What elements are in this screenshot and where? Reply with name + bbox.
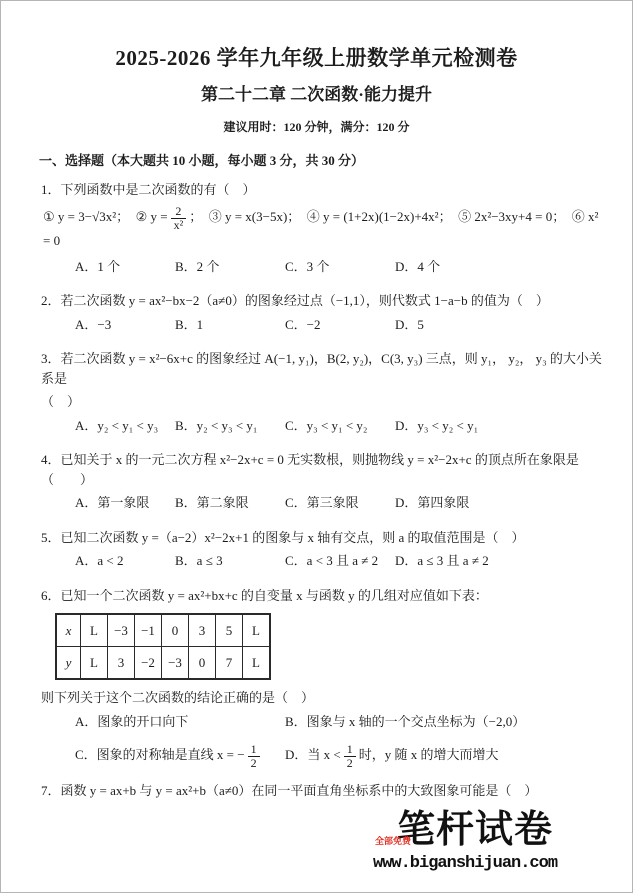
question-2: 2．若二次函数 y = ax²−bx−2（a≠0）的图象经过点（−1,1），则代… bbox=[41, 291, 606, 334]
table-row-x: x L −3 −1 0 3 5 L bbox=[56, 614, 270, 647]
question-1-option-b: B．2 个 bbox=[175, 257, 285, 277]
table-cell: L bbox=[243, 647, 271, 680]
chapter-subtitle: 第二十二章 二次函数·能力提升 bbox=[1, 83, 632, 106]
page-title: 2025-2026 学年九年级上册数学单元检测卷 bbox=[1, 45, 632, 71]
question-1-option-a: A．1 个 bbox=[75, 257, 175, 277]
question-5-options: A．a < 2 B．a ≤ 3 C．a < 3 且 a ≠ 2 D．a ≤ 3 … bbox=[41, 551, 606, 571]
fraction-denominator: 2 bbox=[248, 757, 260, 770]
formula-text: ① y = 3−√3x²； ② y = bbox=[43, 209, 168, 224]
question-1-stem: 1．下列函数中是二次函数的有（ ） bbox=[41, 180, 606, 200]
brand-logo-text: 笔杆试卷 bbox=[397, 810, 589, 850]
option-text: C．图象的对称轴是直线 x = − bbox=[75, 747, 245, 762]
fraction-denominator: 2 bbox=[344, 757, 356, 770]
exam-meta-info: 建议用时：120 分钟，满分：120 分 bbox=[1, 119, 632, 136]
question-6: 6．已知一个二次函数 y = ax²+bx+c 的自变量 x 与函数 y 的几组… bbox=[41, 586, 606, 770]
question-5-option-d: D．a ≤ 3 且 a ≠ 2 bbox=[395, 551, 489, 571]
fraction: 12 bbox=[344, 743, 356, 769]
value-table: x L −3 −1 0 3 5 L y L 3 −2 −3 0 7 L bbox=[55, 613, 271, 680]
free-tag: 全部免费 bbox=[375, 837, 411, 846]
question-6-stem-continued: 则下列关于这个二次函数的结论正确的是（ ） bbox=[41, 688, 606, 708]
table-cell: 0 bbox=[189, 647, 216, 680]
question-5-option-b: B．a ≤ 3 bbox=[175, 551, 285, 571]
question-1-formulas: ① y = 3−√3x²； ② y =2x²； ③ y = x(3−5x)； ④… bbox=[43, 205, 606, 251]
table-cell: y bbox=[56, 647, 81, 680]
footer-brand-block: 全部免费 笔杆试卷 www.biganshijuan.com bbox=[373, 810, 589, 877]
question-1-option-d: D．4 个 bbox=[395, 257, 440, 277]
question-6-options-row-1: A．图象的开口向下 B．图象与 x 轴的一个交点坐标为（−2,0） bbox=[41, 712, 606, 732]
question-4: 4．已知关于 x 的一元二次方程 x²−2x+c = 0 无实数根，则抛物线 y… bbox=[41, 450, 606, 513]
page-colon-mark: : bbox=[428, 45, 431, 57]
table-row-y: y L 3 −2 −3 0 7 L bbox=[56, 647, 270, 680]
question-5: 5．已知二次函数 y =（a−2）x²−2x+1 的图象与 x 轴有交点，则 a… bbox=[41, 528, 606, 571]
table-cell: 3 bbox=[108, 647, 135, 680]
question-6-options-row-2: C．图象的对称轴是直线 x = −12 D．当 x <12时，y 随 x 的增大… bbox=[41, 743, 606, 769]
question-4-options: A．第一象限 B．第二象限 C．第三象限 D．第四象限 bbox=[41, 493, 606, 513]
question-4-option-d: D．第四象限 bbox=[395, 493, 469, 513]
table-cell: 7 bbox=[216, 647, 243, 680]
question-3-options: A．y₂ < y₁ < y₃ B．y₂ < y₃ < y₁ C．y₃ < y₁ … bbox=[41, 416, 606, 436]
fraction-numerator: 1 bbox=[344, 743, 356, 757]
table-cell: L bbox=[81, 614, 108, 647]
question-4-option-c: C．第三象限 bbox=[285, 493, 395, 513]
table-cell: 3 bbox=[189, 614, 216, 647]
question-5-option-a: A．a < 2 bbox=[75, 551, 175, 571]
fraction: 2x² bbox=[171, 205, 187, 231]
fraction-numerator: 1 bbox=[248, 743, 260, 757]
table-cell: x bbox=[56, 614, 81, 647]
question-2-option-c: C．−2 bbox=[285, 315, 395, 335]
question-3-option-d: D．y₃ < y₂ < y₁ bbox=[395, 416, 478, 436]
question-4-stem: 4．已知关于 x 的一元二次方程 x²−2x+c = 0 无实数根，则抛物线 y… bbox=[41, 450, 606, 489]
table-cell: 5 bbox=[216, 614, 243, 647]
question-6-option-d: D．当 x <12时，y 随 x 的增大而增大 bbox=[285, 743, 499, 769]
question-1-option-c: C．3 个 bbox=[285, 257, 395, 277]
question-2-stem: 2．若二次函数 y = ax²−bx−2（a≠0）的图象经过点（−1,1），则代… bbox=[41, 291, 606, 311]
question-7-stem: 7．函数 y = ax+b 与 y = ax²+b（a≠0）在同一平面直角坐标系… bbox=[41, 781, 606, 801]
question-1-options: A．1 个 B．2 个 C．3 个 D．4 个 bbox=[41, 257, 606, 277]
question-5-option-c: C．a < 3 且 a ≠ 2 bbox=[285, 551, 395, 571]
table-cell: −3 bbox=[162, 647, 189, 680]
exam-paper-page: : 2025-2026 学年九年级上册数学单元检测卷 第二十二章 二次函数·能力… bbox=[0, 0, 633, 893]
question-5-stem: 5．已知二次函数 y =（a−2）x²−2x+1 的图象与 x 轴有交点，则 a… bbox=[41, 528, 606, 548]
table-cell: L bbox=[81, 647, 108, 680]
question-3: 3．若二次函数 y = x²−6x+c 的图象经过 A(−1, y₁)，B(2,… bbox=[41, 349, 606, 435]
table-cell: L bbox=[243, 614, 271, 647]
question-4-option-b: B．第二象限 bbox=[175, 493, 285, 513]
question-2-option-a: A．−3 bbox=[75, 315, 175, 335]
question-3-option-b: B．y₂ < y₃ < y₁ bbox=[175, 416, 285, 436]
section-heading-choice: 一、选择题（本大题共 10 小题，每小题 3 分，共 30 分） bbox=[39, 151, 602, 171]
table-cell: −3 bbox=[108, 614, 135, 647]
question-3-stem: 3．若二次函数 y = x²−6x+c 的图象经过 A(−1, y₁)，B(2,… bbox=[41, 349, 606, 388]
option-text: 时，y 随 x 的增大而增大 bbox=[359, 747, 499, 762]
question-6-option-a: A．图象的开口向下 bbox=[75, 712, 285, 732]
fraction-denominator: x² bbox=[171, 219, 187, 232]
question-2-option-d: D．5 bbox=[395, 315, 424, 335]
question-2-options: A．−3 B．1 C．−2 D．5 bbox=[41, 315, 606, 335]
table-cell: −2 bbox=[135, 647, 162, 680]
table-cell: 0 bbox=[162, 614, 189, 647]
question-6-stem: 6．已知一个二次函数 y = ax²+bx+c 的自变量 x 与函数 y 的几组… bbox=[41, 586, 606, 606]
question-2-option-b: B．1 bbox=[175, 315, 285, 335]
question-6-option-c: C．图象的对称轴是直线 x = −12 bbox=[75, 743, 285, 769]
table-cell: −1 bbox=[135, 614, 162, 647]
question-3-option-c: C．y₃ < y₁ < y₂ bbox=[285, 416, 395, 436]
option-text: D．当 x < bbox=[285, 747, 341, 762]
question-7: 7．函数 y = ax+b 与 y = ax²+b（a≠0）在同一平面直角坐标系… bbox=[41, 781, 606, 801]
question-6-option-b: B．图象与 x 轴的一个交点坐标为（−2,0） bbox=[285, 712, 525, 732]
question-3-stem-continued: （ ） bbox=[41, 392, 606, 412]
fraction: 12 bbox=[248, 743, 260, 769]
question-1: 1．下列函数中是二次函数的有（ ） ① y = 3−√3x²； ② y =2x²… bbox=[41, 180, 606, 277]
question-4-option-a: A．第一象限 bbox=[75, 493, 175, 513]
brand-url: www.biganshijuan.com bbox=[373, 851, 589, 877]
fraction-numerator: 2 bbox=[171, 205, 187, 219]
question-3-option-a: A．y₂ < y₁ < y₃ bbox=[75, 416, 175, 436]
